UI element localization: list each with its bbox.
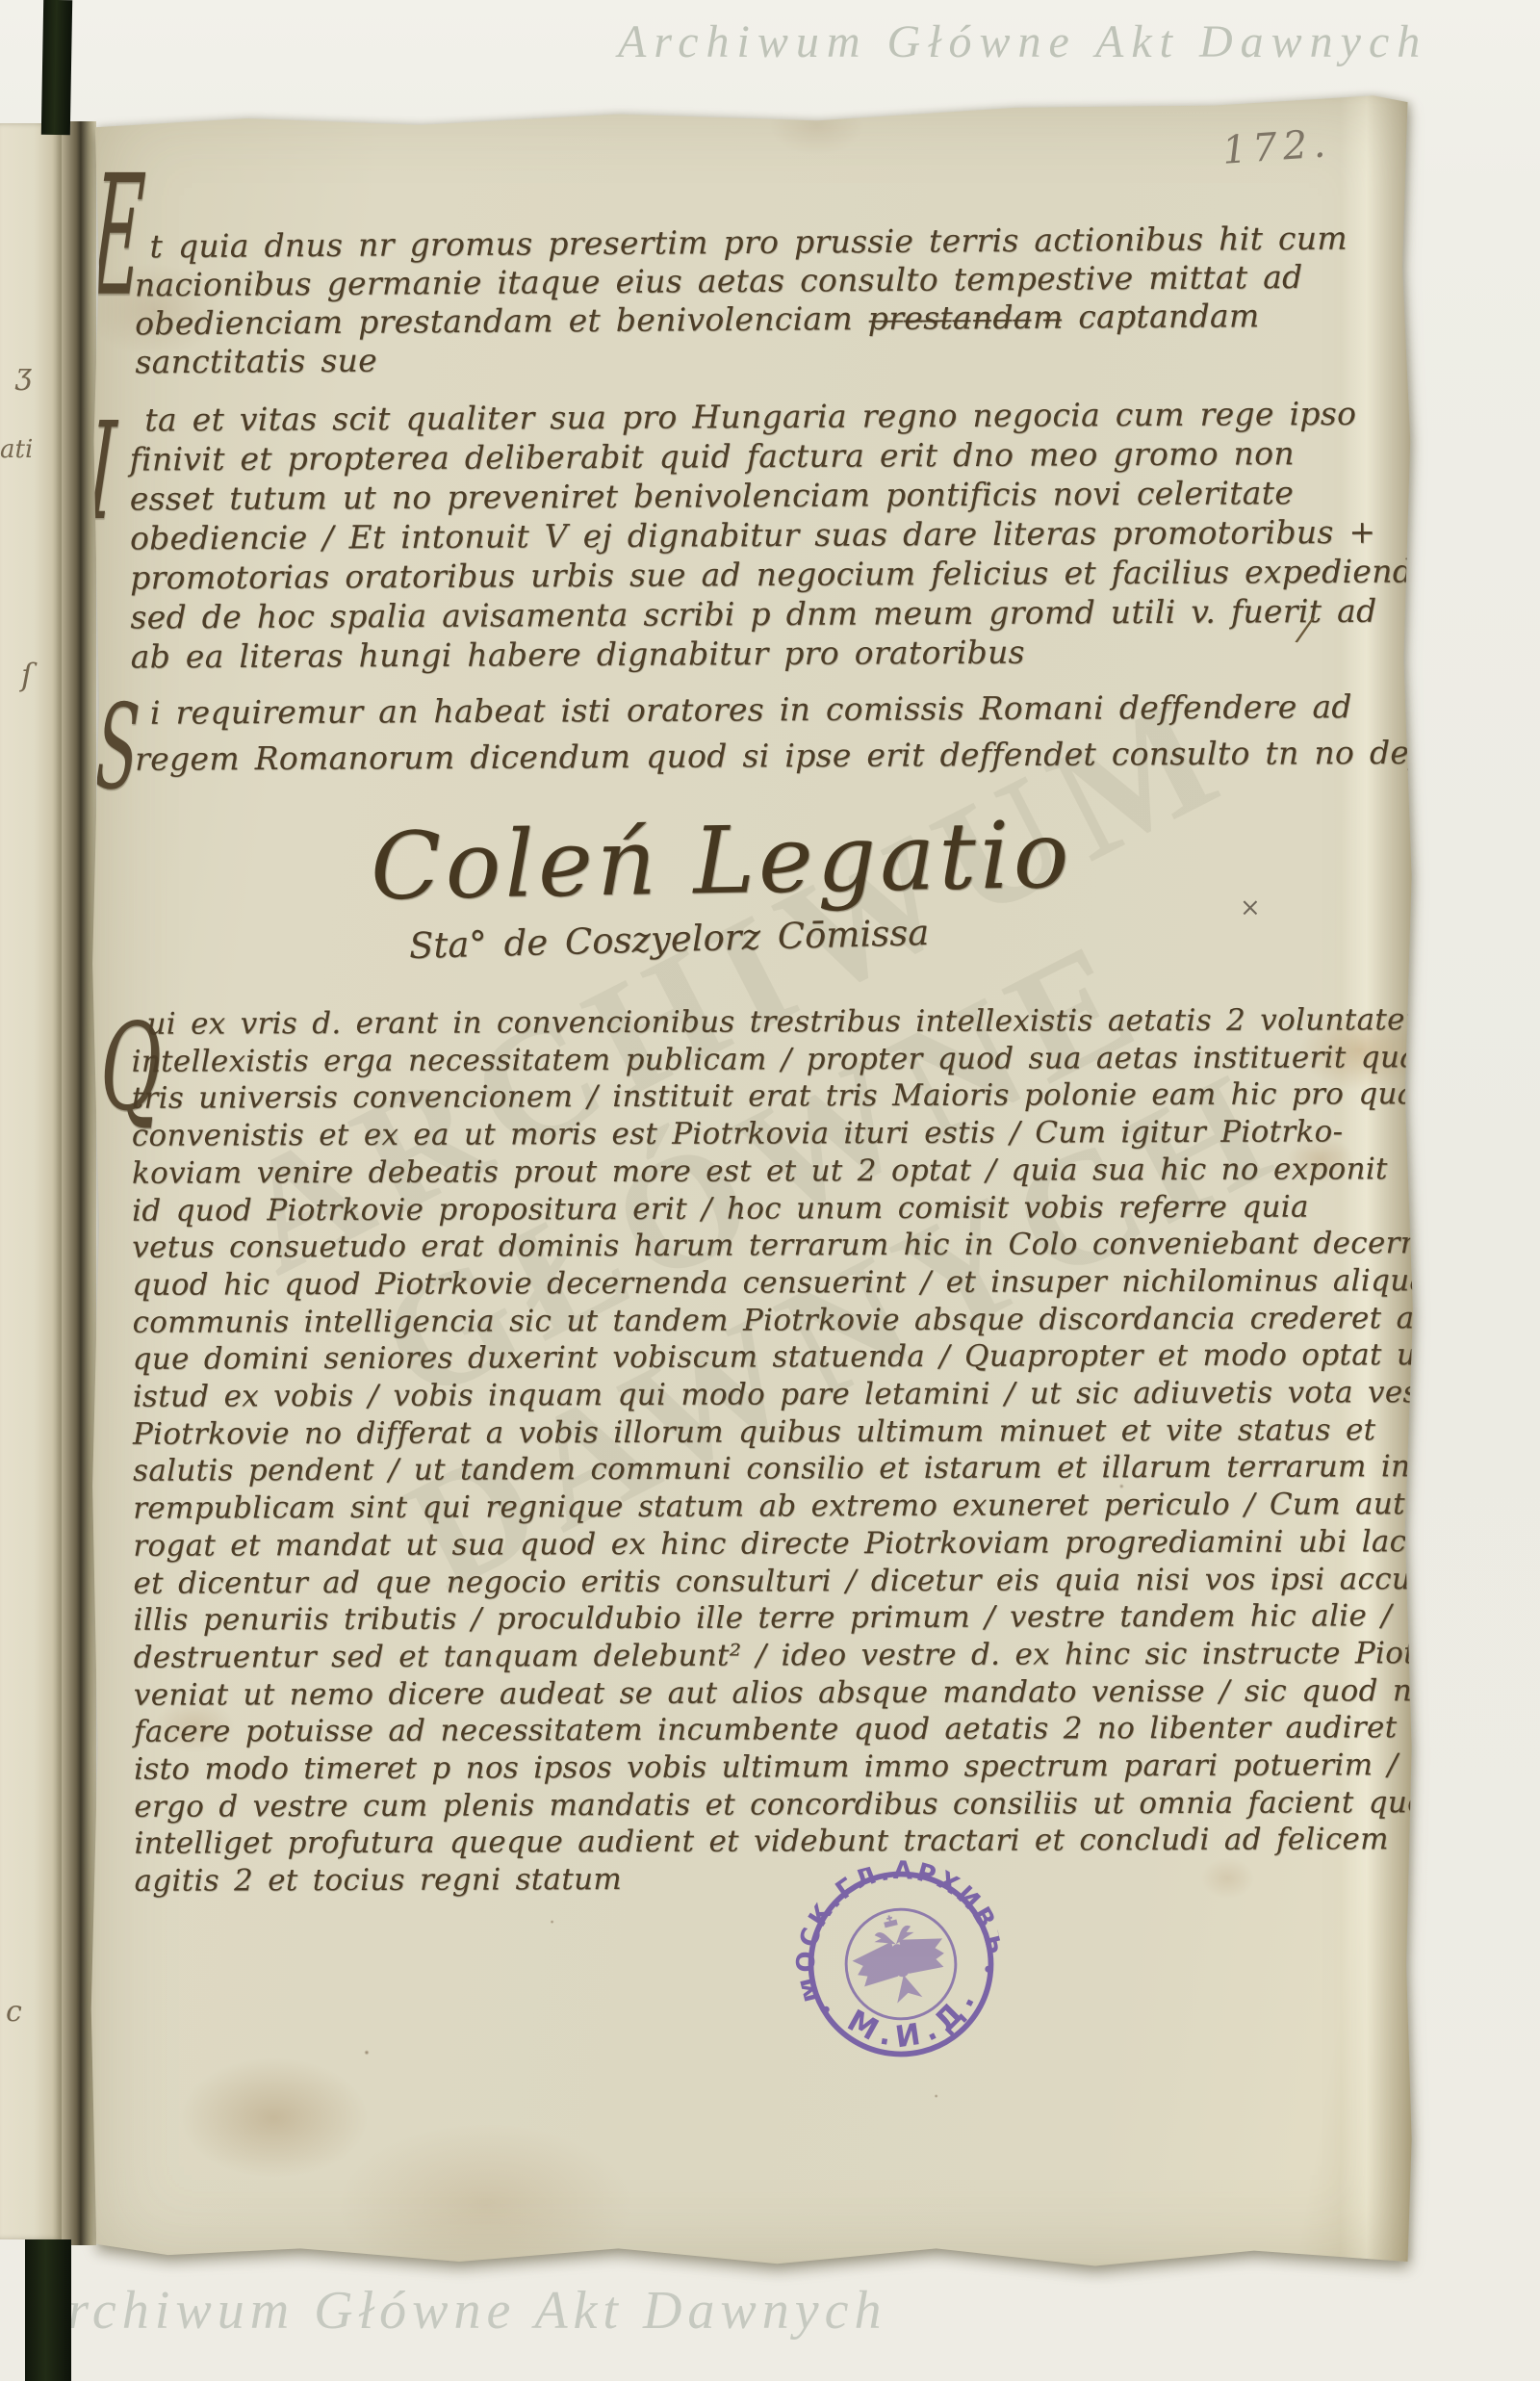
manuscript-line: ui ex vris d. erant in convencionibus tr… bbox=[131, 1000, 1540, 1043]
manuscript-line: intelliget profutura queque audient et v… bbox=[134, 1821, 1540, 1863]
paragraph-3: i requiremur an habeat isti oratores in … bbox=[135, 683, 1527, 783]
manuscript-line: communis intelligencia sic ut tandem Pio… bbox=[132, 1299, 1540, 1341]
section-subheading: Sta° de Coszyelorz Cōmissa bbox=[409, 912, 930, 967]
scan-canvas: Archiwum Główne Akt Dawnych Archiwum Głó… bbox=[0, 0, 1540, 2381]
manuscript-line: que domini seniores duxerint vobiscum st… bbox=[133, 1336, 1540, 1379]
manuscript-line: destruentur sed et tanquam delebunt² / i… bbox=[134, 1634, 1540, 1676]
manuscript-line: Piotrkovie no differat a vobis illorum q… bbox=[133, 1410, 1540, 1453]
manuscript-line: id quod Piotrkovie propositura erit / ho… bbox=[132, 1187, 1540, 1229]
manuscript-line: ab ea literas hungi habere dignabitur pr… bbox=[131, 630, 1433, 676]
manuscript-line: sed de hoc spalia avisamenta scribi p dn… bbox=[130, 590, 1432, 636]
folio-number: 172. bbox=[1221, 121, 1333, 173]
margin-ink-fragment: ſ bbox=[21, 657, 33, 693]
manuscript-line: istud ex vobis / vobis inquam qui modo p… bbox=[133, 1373, 1540, 1415]
manuscript-line: veniat ut nemo dicere audeat se aut alio… bbox=[134, 1671, 1540, 1714]
manuscript-line: et dicentur ad que negocio eritis consul… bbox=[133, 1560, 1540, 1602]
manuscript-line: rogat et mandat ut sua quod ex hinc dire… bbox=[133, 1522, 1540, 1565]
manuscript-line: isto modo timeret p nos ipsos vobis ulti… bbox=[134, 1746, 1540, 1788]
manuscript-line: tris universis convencionem / instituit … bbox=[132, 1075, 1540, 1118]
manuscript-line: sanctitatis sue bbox=[135, 335, 1348, 382]
manuscript-page-wrap: ARCHIWUM GŁÓWNE DAWNYCH 172. E t quia dn… bbox=[89, 92, 1413, 2270]
manuscript-line: illis penuriis tributis / proculdubio il… bbox=[134, 1596, 1540, 1639]
manuscript-line: quod hic quod Piotrkovie decernenda cens… bbox=[132, 1261, 1540, 1304]
paragraph-1: t quia dnus nr gromus presertim pro prus… bbox=[134, 220, 1347, 382]
manuscript-line: ta et vitas scit qualiter sua pro Hungar… bbox=[129, 393, 1431, 439]
manuscript-line: koviam venire debeatis prout more est et… bbox=[132, 1150, 1540, 1192]
double-headed-eagle-icon bbox=[844, 1904, 955, 2011]
manuscript-line: promotorias oratoribus urbis sue ad nego… bbox=[130, 551, 1432, 597]
manuscript-line: facere potuisse ad necessitatem incumben… bbox=[134, 1709, 1540, 1751]
watermark-top: Archiwum Główne Akt Dawnych bbox=[618, 15, 1427, 68]
section-heading: Coleń Legatio bbox=[370, 801, 1073, 921]
bookmark-ribbon-top bbox=[41, 0, 72, 135]
paragraph-initial: I bbox=[84, 393, 118, 551]
bookmark-ribbon-bottom bbox=[25, 2239, 71, 2381]
manuscript-line: rempublicam sint qui regnique statum ab … bbox=[133, 1485, 1540, 1527]
main-text-block: ui ex vris d. erant in convencionibus tr… bbox=[131, 1000, 1540, 1900]
manuscript-line: esset tutum ut no preveniret benivolenci… bbox=[130, 472, 1432, 518]
manuscript-line: convenistis et ex ea ut moris est Piotrk… bbox=[132, 1112, 1540, 1154]
manuscript-line: regem Romanorum dicendum quod si ipse er… bbox=[135, 729, 1526, 783]
manuscript-line: ergo d vestre cum plenis mandatis et con… bbox=[134, 1783, 1540, 1825]
manuscript-line: finivit et propterea deliberabit quid fa… bbox=[129, 432, 1431, 479]
stray-pencil-mark: × bbox=[1240, 893, 1261, 922]
manuscript-line: salutis pendent / ut tandem communi cons… bbox=[133, 1448, 1540, 1490]
manuscript-line: vetus consuetudo erat dominis harum terr… bbox=[132, 1224, 1540, 1266]
manuscript-line: intellexistis erga necessitatem publicam… bbox=[132, 1038, 1540, 1080]
manuscript-page: ARCHIWUM GŁÓWNE DAWNYCH 172. E t quia dn… bbox=[89, 92, 1413, 2270]
watermark-bottom: Archiwum Główne Akt Dawnych bbox=[29, 2280, 886, 2342]
paragraph-2: ta et vitas scit qualiter sua pro Hungar… bbox=[129, 393, 1432, 676]
margin-ink-fragment: ʒ bbox=[15, 358, 32, 392]
margin-ink-fragment: c bbox=[6, 1995, 22, 2029]
manuscript-line: i requiremur an habeat isti oratores in … bbox=[135, 683, 1526, 737]
manuscript-line: obediencie / Et intonuit V ej dignabitur… bbox=[130, 511, 1432, 557]
margin-ink-fragment: ati bbox=[0, 435, 33, 464]
